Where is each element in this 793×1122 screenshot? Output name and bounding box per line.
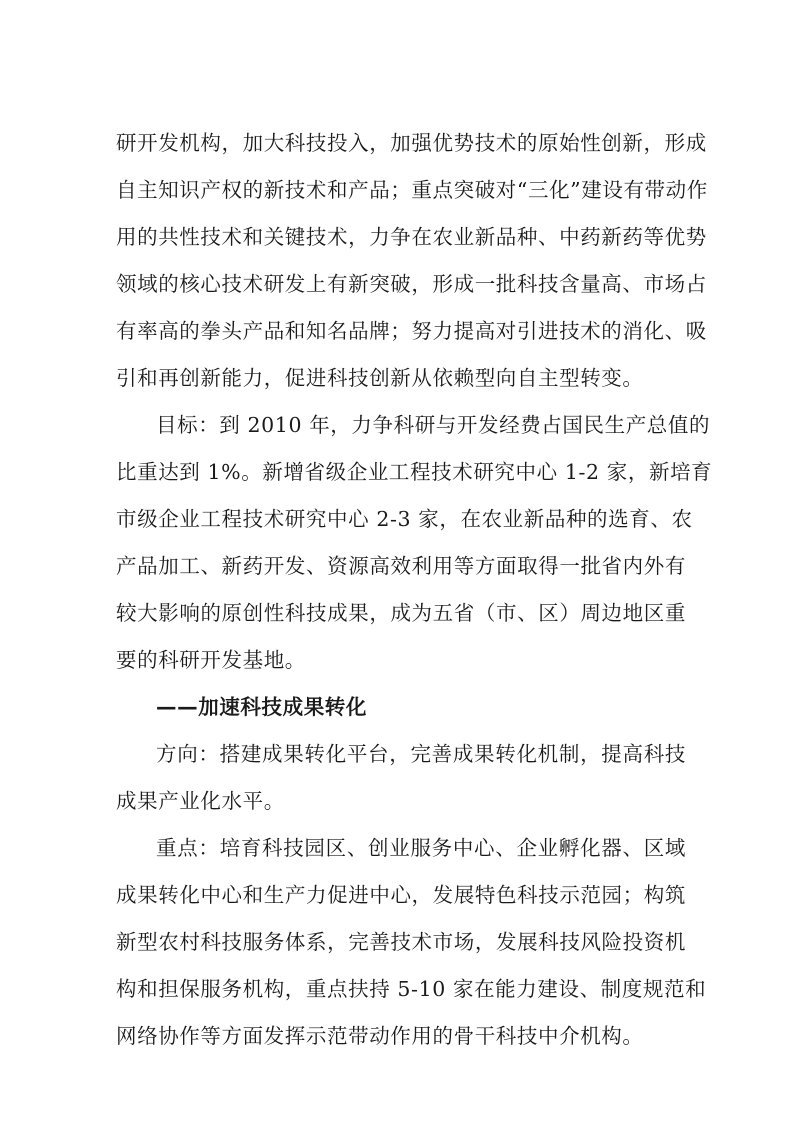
body-line: 自主知识产权的新技术和产品；重点突破对“三化”建设有带动作: [116, 178, 686, 202]
document-page: 研开发机构，加大科技投入，加强优势技术的原始性创新，形成 自主知识产权的新技术和…: [0, 0, 793, 1122]
body-line: 市级企业工程技术研究中心 2-3 家，在农业新品种的选育、农: [116, 507, 686, 531]
body-line: 产品加工、新药开发、资源高效利用等方面取得一批省内外有: [116, 554, 686, 578]
body-line: 领域的核心技术研发上有新突破，形成一批科技含量高、市场占: [116, 272, 686, 296]
body-line: 成果产业化水平。: [116, 789, 686, 813]
section-heading: ——加速科技成果转化: [156, 695, 686, 719]
paragraph-direction-first-line: 方向：搭建成果转化平台，完善成果转化机制，提高科技: [156, 742, 686, 766]
body-line: 研开发机构，加大科技投入，加强优势技术的原始性创新，形成: [116, 131, 686, 155]
paragraph-goal-first-line: 目标：到 2010 年，力争科研与开发经费占国民生产总值的: [156, 413, 686, 437]
body-line: 用的共性技术和关键技术，力争在农业新品种、中药新药等优势: [116, 225, 686, 249]
body-line: 引和再创新能力，促进科技创新从依赖型向自主型转变。: [116, 366, 686, 390]
body-line: 比重达到 1%。新增省级企业工程技术研究中心 1-2 家，新培育: [116, 460, 686, 484]
body-line: 构和担保服务机构，重点扶持 5-10 家在能力建设、制度规范和: [116, 977, 686, 1001]
body-line: 要的科研开发基地。: [116, 648, 686, 672]
body-line: 较大影响的原创性科技成果，成为五省（市、区）周边地区重: [116, 601, 686, 625]
body-line: 有率高的拳头产品和知名品牌；努力提高对引进技术的消化、吸: [116, 319, 686, 343]
body-line: 成果转化中心和生产力促进中心，发展特色科技示范园；构筑: [116, 883, 686, 907]
paragraph-focus-first-line: 重点：培育科技园区、创业服务中心、企业孵化器、区域: [156, 836, 686, 860]
body-line: 网络协作等方面发挥示范带动作用的骨干科技中介机构。: [116, 1024, 686, 1048]
body-line: 新型农村科技服务体系，完善技术市场，发展科技风险投资机: [116, 930, 686, 954]
